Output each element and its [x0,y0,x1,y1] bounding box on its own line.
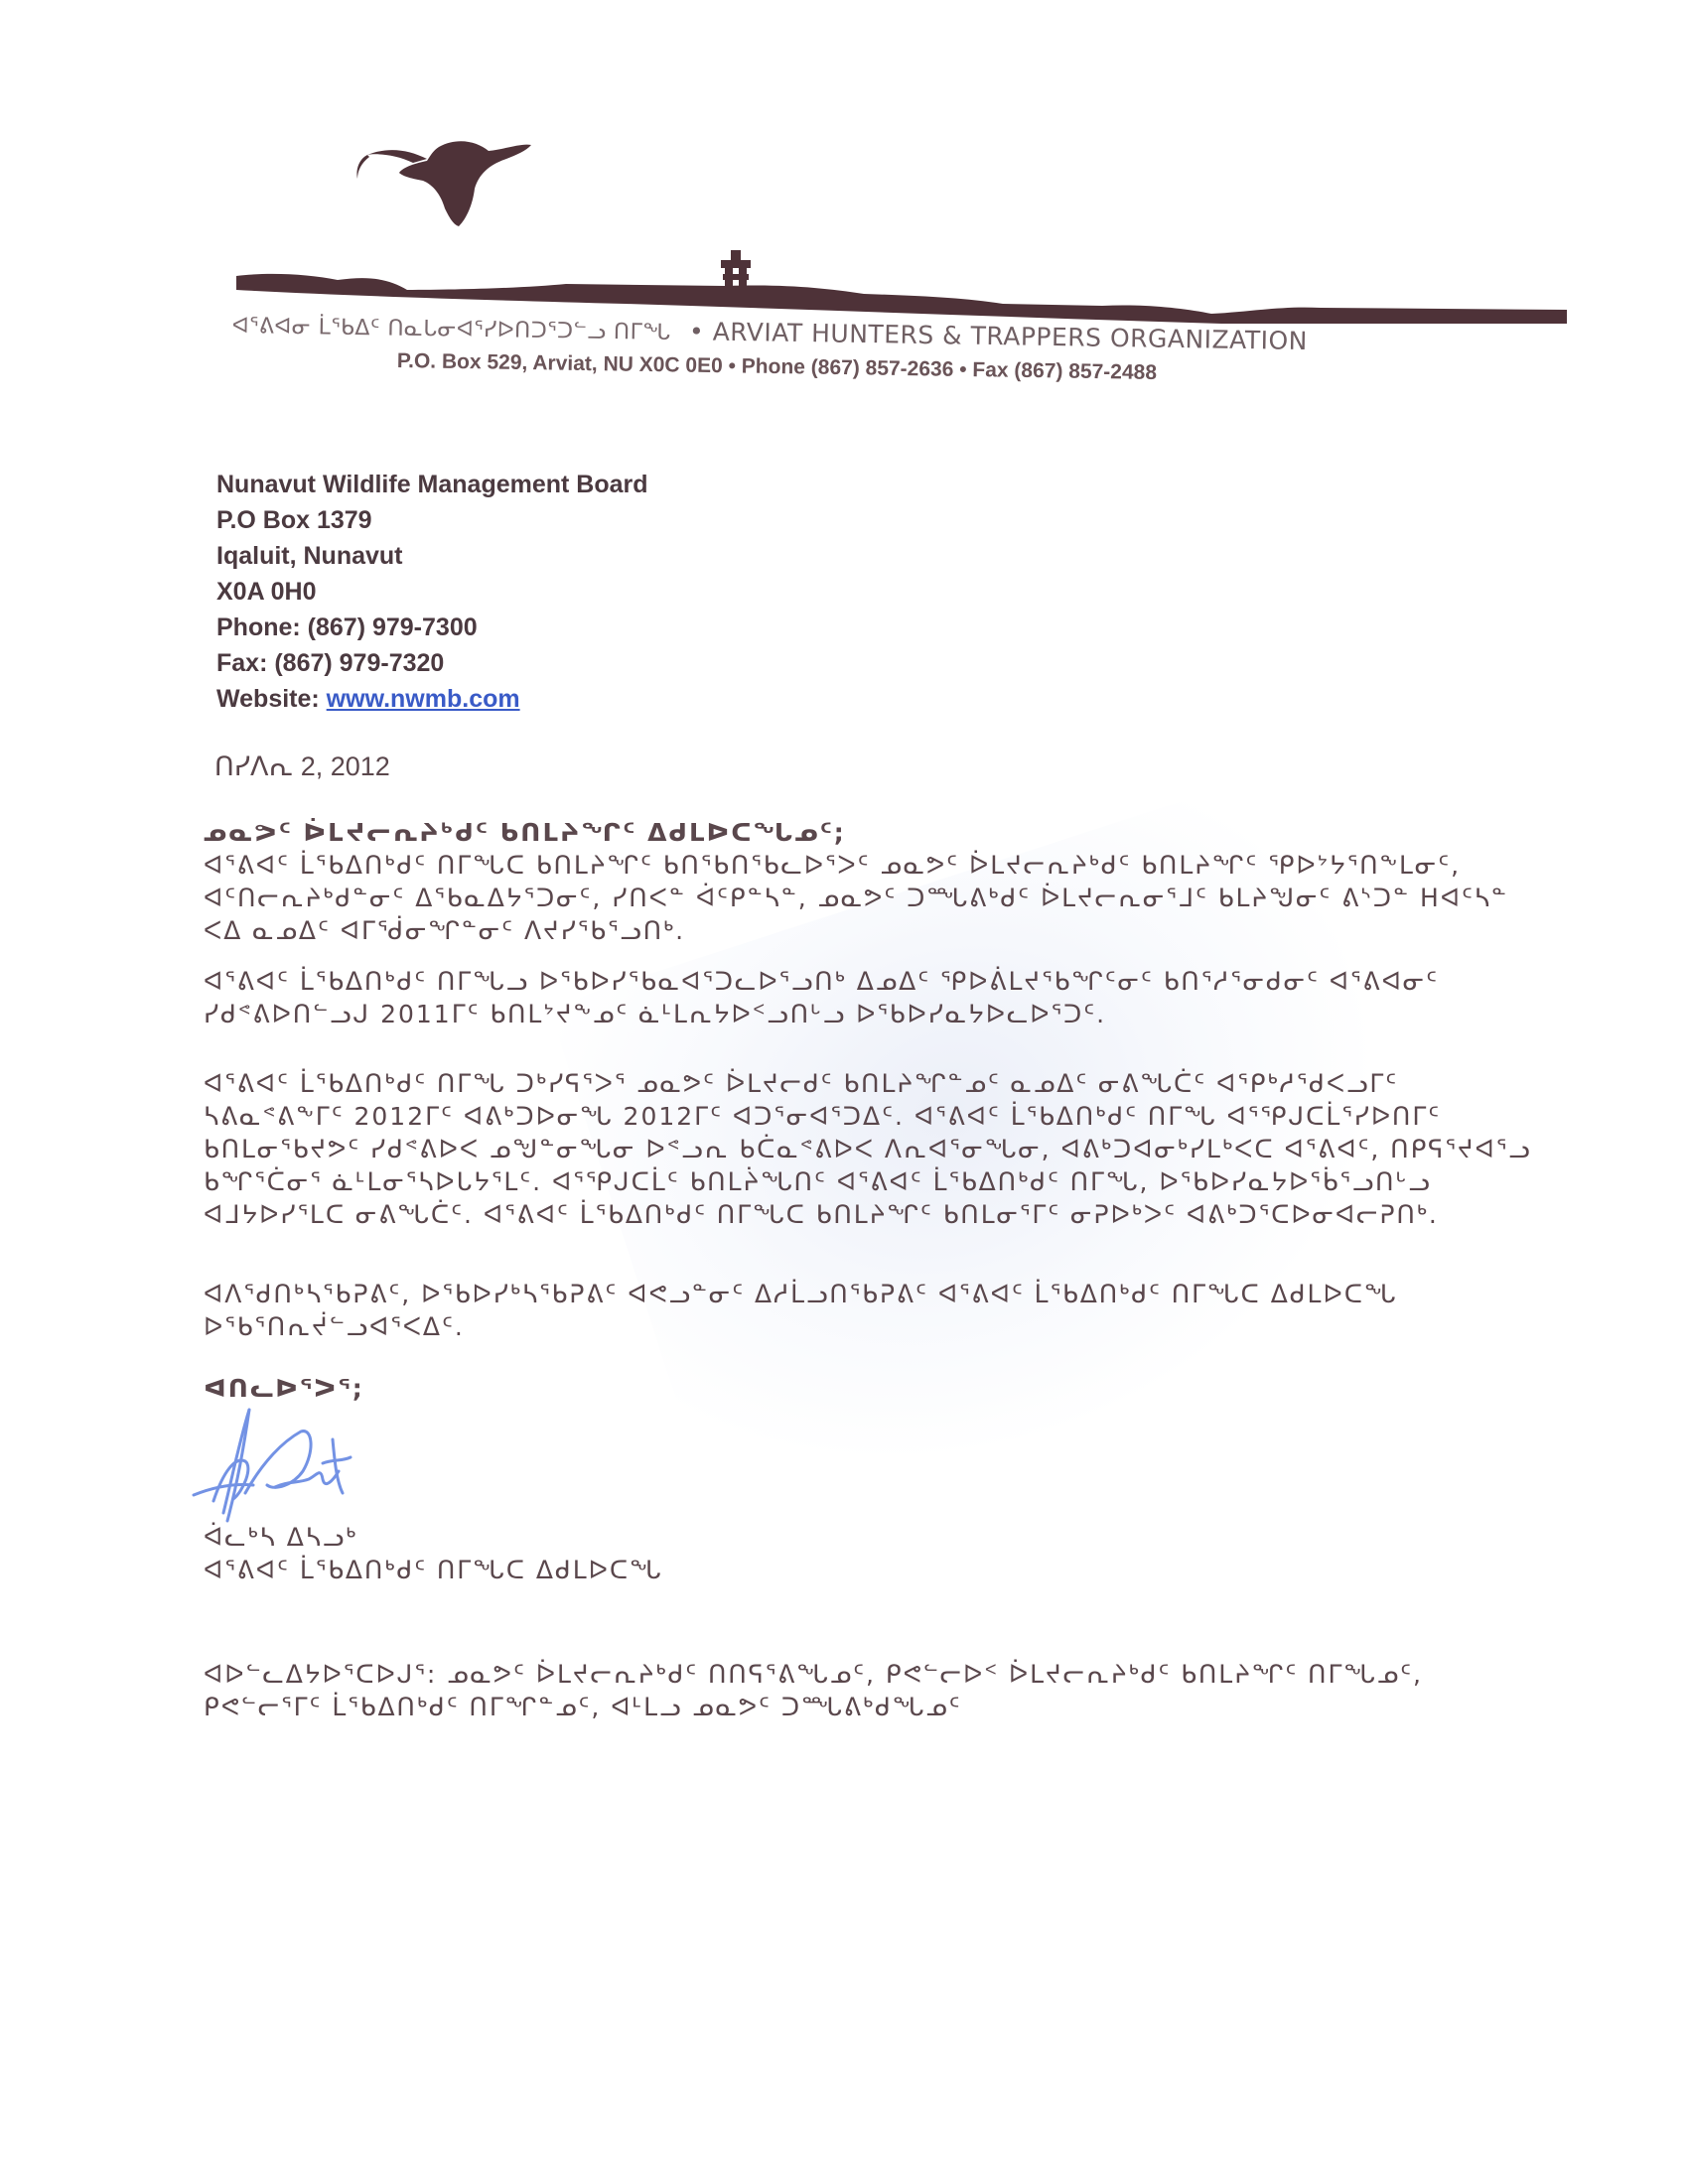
recipient-website: Website: www.nwmb.com [216,681,648,717]
date-day-year: 2, 2012 [293,751,390,781]
signatory-name-text: ᐋᓚᒃᓴ ᐃᓴᓗᒃ [204,1521,1534,1554]
goose-inukshuk-logo-icon [228,129,1579,328]
carbon-copy-list: ᐊᐅᓪᓚᐃᔭᐅᕐᑕᐅᒍᕐ: ᓄᓇᕗᑦ ᐆᒪᔪᓕᕆᔨᒃᑯᑦ ᑎᑎᕋᕐᕕᖓᓄᑦ, ᑭ… [204,1658,1534,1723]
paragraph-text: ᐊᕐᕕᐊᑦ ᒫᕐᑲᐃᑎᒃᑯᑦ ᑎᒥᖓᑕ ᑲᑎᒪᔨᖏᑦ ᑲᑎᕐᑲᑎᕐᑲᓚᐅᕐᐳᑦ … [204,849,1534,947]
handwritten-signature [184,1402,382,1530]
org-name-syllabics: ᐊᕐᕕᐊᓂ ᒫᕐᑲᐃᑦ ᑎᓇᒐᓂᐊᕐᓯᐅᑎᑐᕐᑐᓪᓗ ᑎᒥᖓ [232,314,671,345]
recipient-address-block: Nunavut Wildlife Management Board P.O Bo… [216,467,648,717]
letterhead: ᐊᕐᕕᐊᓂ ᒫᕐᑲᐃᑦ ᑎᓇᒐᓂᐊᕐᓯᐅᑎᑐᕐᑐᓪᓗ ᑎᒥᖓ • ARVIAT … [228,129,1579,407]
recipient-phone: Phone: (867) 979-7300 [216,610,648,645]
signatory-title-text: ᐊᕐᕕᐊᑦ ᒫᕐᑲᐃᑎᒃᑯᑦ ᑎᒥᖓᑕ ᐃᑯᒪᐅᑕᖓ [204,1554,1534,1586]
body-paragraph-3: ᐊᕐᕕᐊᑦ ᒫᕐᑲᐃᑎᒃᑯᑦ ᑎᒥᖓ ᑐᒃᓯᕋᕐᐳᕐ ᓄᓇᕗᑦ ᐆᒪᔪᓕᑯᑦ ᑲ… [204,1067,1534,1231]
date-month: ᑎᓯᐱᕆ [214,751,293,782]
recipient-postal-code: X0A 0H0 [216,574,648,610]
salutation: ᓄᓇᕗᑦ ᐆᒪᔪᓕᕆᔨᒃᑯᑦ ᑲᑎᒪᔨᖏᑦ ᐃᑯᒪᐅᑕᖓᓄᑦ; [204,816,1534,849]
recipient-name: Nunavut Wildlife Management Board [216,467,648,502]
signatory-title: ᐊᕐᕕᐊᑦ ᒫᕐᑲᐃᑎᒃᑯᑦ ᑎᒥᖓᑕ ᐃᑯᒪᐅᑕᖓ [204,1554,1534,1586]
website-label: Website: [216,685,327,713]
recipient-fax: Fax: (867) 979-7320 [216,645,648,681]
paragraph-text: ᐊᐱᕐᑯᑎᒃᓴᕐᑲᕈᕕᑦ, ᐅᕐᑲᐅᓯᒃᓴᕐᑲᕈᕕᑦ ᐊᕙᓗᓐᓂᑦ ᐃᓱᒫᓗᑎᕐ… [204,1278,1534,1343]
letter-date: ᑎᓯᐱᕆ 2, 2012 [214,751,390,782]
recipient-po-box: P.O Box 1379 [216,502,648,538]
cc-text: ᐊᐅᓪᓚᐃᔭᐅᕐᑕᐅᒍᕐ: ᓄᓇᕗᑦ ᐆᒪᔪᓕᕆᔨᒃᑯᑦ ᑎᑎᕋᕐᕕᖓᓄᑦ, ᑭ… [204,1658,1534,1723]
signature-icon [184,1402,382,1526]
paragraph-text: ᐊᕐᕕᐊᑦ ᒫᕐᑲᐃᑎᒃᑯᑦ ᑎᒥᖓ ᑐᒃᓯᕋᕐᐳᕐ ᓄᓇᕗᑦ ᐆᒪᔪᓕᑯᑦ ᑲ… [204,1067,1534,1231]
body-paragraph-4: ᐊᐱᕐᑯᑎᒃᓴᕐᑲᕈᕕᑦ, ᐅᕐᑲᐅᓯᒃᓴᕐᑲᕈᕕᑦ ᐊᕙᓗᓐᓂᑦ ᐃᓱᒫᓗᑎᕐ… [204,1278,1534,1343]
website-link[interactable]: www.nwmb.com [327,685,520,713]
letterhead-address: P.O. Box 529, Arviat, NU X0C 0E0 • Phone… [397,349,1158,385]
recipient-city: Iqaluit, Nunavut [216,538,648,574]
salutation-text: ᓄᓇᕗᑦ ᐆᒪᔪᓕᕆᔨᒃᑯᑦ ᑲᑎᒪᔨᖏᑦ ᐃᑯᒪᐅᑕᖓᓄᑦ; [204,816,1534,849]
paragraph-text: ᐊᕐᕕᐊᑦ ᒫᕐᑲᐃᑎᒃᑯᑦ ᑎᒥᖓᓗ ᐅᕐᑲᐅᓯᕐᑲᓇᐊᕐᑐᓚᐅᕐᓗᑎᒃ ᐃᓄ… [204,965,1534,1030]
body-paragraph-1: ᐊᕐᕕᐊᑦ ᒫᕐᑲᐃᑎᒃᑯᑦ ᑎᒥᖓᑕ ᑲᑎᒪᔨᖏᑦ ᑲᑎᕐᑲᑎᕐᑲᓚᐅᕐᐳᑦ … [204,849,1534,947]
closing-text: ᐊᑎᓚᐅᕐᐳᕐ; [204,1372,1534,1405]
body-paragraph-2: ᐊᕐᕕᐊᑦ ᒫᕐᑲᐃᑎᒃᑯᑦ ᑎᒥᖓᓗ ᐅᕐᑲᐅᓯᕐᑲᓇᐊᕐᑐᓚᐅᕐᓗᑎᒃ ᐃᓄ… [204,965,1534,1030]
signatory-name: ᐋᓚᒃᓴ ᐃᓴᓗᒃ [204,1521,1534,1554]
closing: ᐊᑎᓚᐅᕐᐳᕐ; [204,1372,1534,1405]
